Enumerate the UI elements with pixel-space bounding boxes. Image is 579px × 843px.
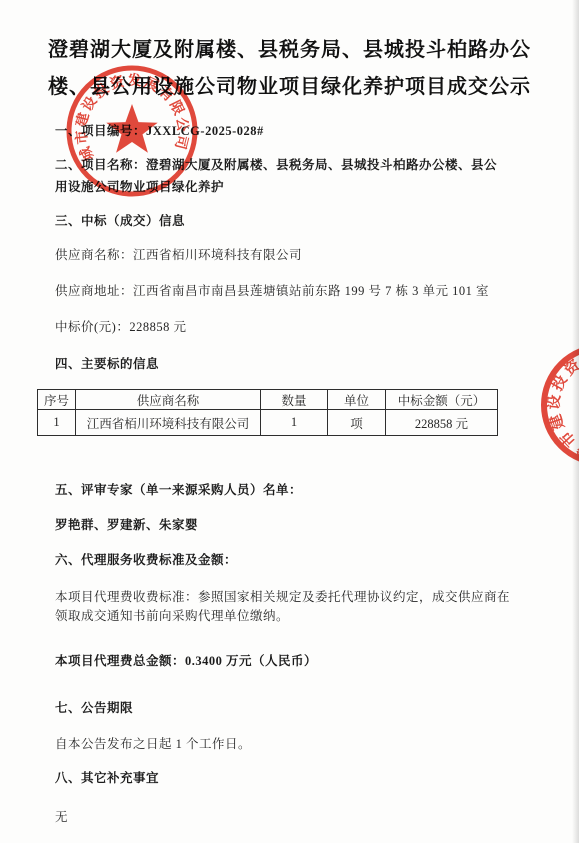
other-text: 无 <box>55 807 68 825</box>
award-price-label: 中标价(元)： <box>55 320 129 334</box>
agency-fee-total-label: 本项目代理费总金额： <box>55 654 185 668</box>
project-number-value: JXXLCG-2025-028# <box>146 124 264 138</box>
award-price-value: 228858 元 <box>129 320 186 334</box>
award-table: 序号 供应商名称 数量 单位 中标金额（元） 1 江西省栢川环境科技有限公司 1… <box>37 389 498 436</box>
section-project-name-line1: 二、项目名称：澄碧湖大厦及附属楼、县税务局、县城投斗柏路办公楼、县公 <box>55 155 497 173</box>
supplier-name-value: 江西省栢川环境科技有限公司 <box>133 248 302 262</box>
supplier-address-row: 供应商地址：江西省南昌市南昌县莲塘镇站前东路 199 号 7 栋 3 单元 10… <box>55 281 489 299</box>
col-header-amount: 中标金额（元） <box>386 390 498 410</box>
experts-names: 罗艳群、罗建新、朱家婴 <box>55 515 198 533</box>
col-header-qty: 数量 <box>261 390 328 410</box>
col-header-unit: 单位 <box>328 390 386 410</box>
project-number-label: 一、项目编号： <box>55 124 146 138</box>
award-table-data-row: 1 江西省栢川环境科技有限公司 1 项 228858 元 <box>38 410 498 436</box>
seal-arc-text: 城市建设投资发展有限公司 <box>544 347 579 461</box>
award-table-header-row: 序号 供应商名称 数量 单位 中标金额（元） <box>38 390 498 410</box>
section-agency-fee-heading: 六、代理服务收费标准及金额： <box>55 550 237 568</box>
document-title-line1: 澄碧湖大厦及附属楼、县税务局、县城投斗柏路办公 <box>0 33 579 62</box>
document-title-line2: 楼、县公用设施公司物业项目绿化养护项目成交公示 <box>0 70 579 99</box>
section-project-name-line2: 用设施公司物业项目绿化养护 <box>55 177 224 195</box>
col-header-seq: 序号 <box>38 390 76 410</box>
section-award-info-heading: 三、中标（成交）信息 <box>55 211 185 229</box>
agency-fee-standard-line2: 领取成交通知书前向采购代理单位缴纳。 <box>55 606 289 624</box>
supplier-address-label: 供应商地址： <box>55 284 133 298</box>
col-header-supplier: 供应商名称 <box>76 390 261 410</box>
agency-fee-total-row: 本项目代理费总金额：0.3400 万元（人民币） <box>55 651 317 669</box>
supplier-name-label: 供应商名称： <box>55 248 133 262</box>
section-other-heading: 八、其它补充事宜 <box>55 768 159 786</box>
supplier-address-value: 江西省南昌市南昌县莲塘镇站前东路 199 号 7 栋 3 单元 101 室 <box>133 284 489 298</box>
section-main-subject-heading: 四、主要标的信息 <box>55 354 159 372</box>
cell-supplier: 江西省栢川环境科技有限公司 <box>76 410 261 436</box>
section-notice-period-heading: 七、公告期限 <box>55 698 133 716</box>
agency-fee-total-value: 0.3400 万元（人民币） <box>185 654 317 668</box>
cell-seq: 1 <box>38 410 76 436</box>
section-experts-heading: 五、评审专家（单一来源采购人员）名单： <box>55 480 302 498</box>
company-seal-right: 城市建设投资发展有限公司 <box>536 340 579 472</box>
award-price-row: 中标价(元)：228858 元 <box>55 317 186 335</box>
svg-text:城市建设投资发展有限公司: 城市建设投资发展有限公司 <box>544 347 579 461</box>
cell-amount: 228858 元 <box>386 410 498 436</box>
scanned-document-page: 澄碧湖大厦及附属楼、县税务局、县城投斗柏路办公 楼、县公用设施公司物业项目绿化养… <box>0 0 579 843</box>
supplier-name-row: 供应商名称：江西省栢川环境科技有限公司 <box>55 245 302 263</box>
cell-unit: 项 <box>328 410 386 436</box>
section-project-number: 一、项目编号：JXXLCG-2025-028# <box>55 121 264 139</box>
notice-period-text: 自本公告发布之日起 1 个工作日。 <box>55 734 251 752</box>
cell-qty: 1 <box>261 410 328 436</box>
agency-fee-standard-line1: 本项目代理费收费标准：参照国家相关规定及委托代理协议约定，成交供应商在 <box>55 587 510 605</box>
